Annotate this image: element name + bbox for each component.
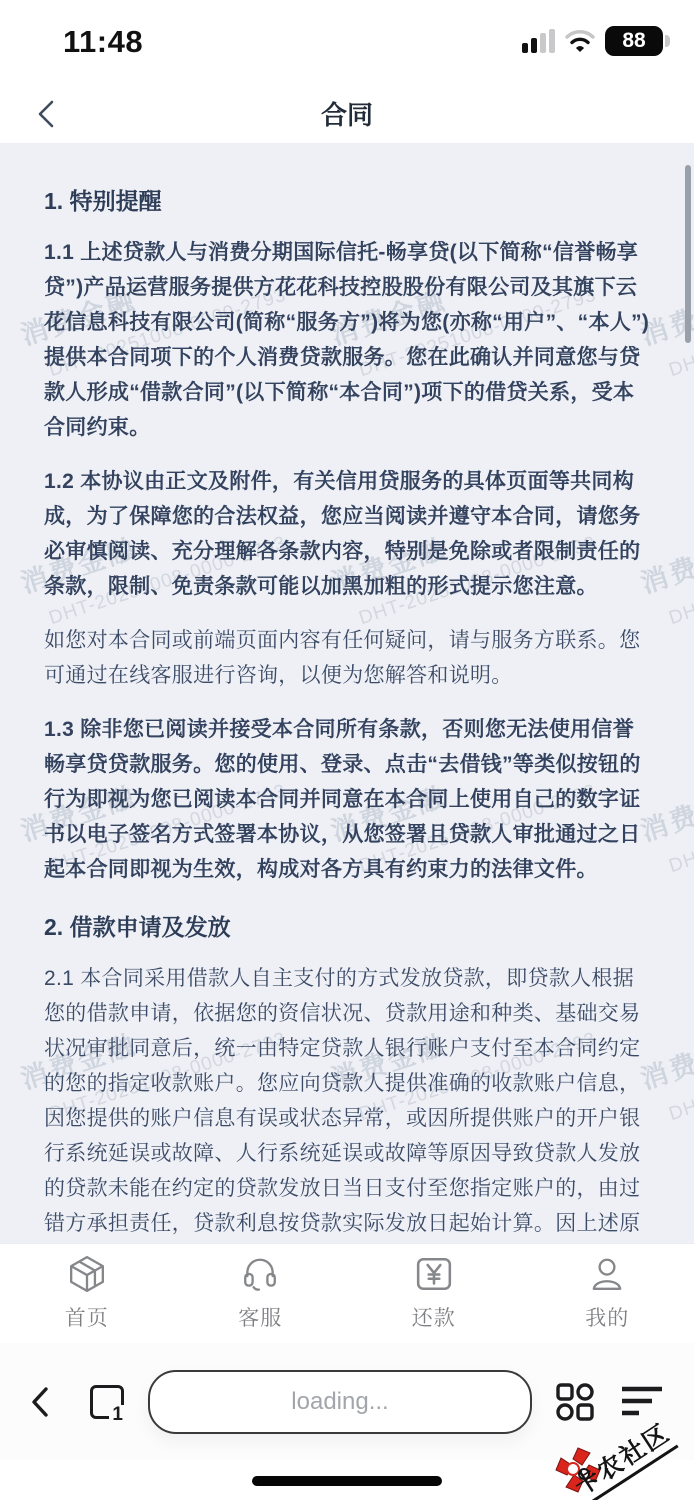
contract-paragraph: 1.2 本协议由正文及附件，有关信用贷服务的具体页面等共同构成，为了保障您的合法…: [44, 464, 650, 604]
battery-icon: 88: [605, 26, 670, 56]
contract-paragraph: 如您对本合同或前端页面内容有任何疑问，请与服务方联系。您可通过在线客服进行咨询，…: [44, 623, 650, 693]
user-icon: [588, 1255, 626, 1293]
tab-customer-service[interactable]: 客服: [174, 1244, 348, 1343]
tab-repayment[interactable]: 还款: [347, 1244, 521, 1343]
tab-profile[interactable]: 我的: [521, 1244, 694, 1343]
tab-label: 客服: [238, 1302, 282, 1332]
headset-icon: [241, 1255, 279, 1293]
section-heading: 2. 借款申请及发放: [44, 909, 650, 942]
address-bar[interactable]: loading...: [148, 1370, 532, 1434]
menu-lines-icon[interactable]: [622, 1385, 662, 1419]
status-bar: 11:48 88: [0, 0, 694, 85]
contract-scroll-area[interactable]: 消费金融DHT-20251008-0000-2793消费金融DHT-202510…: [0, 143, 694, 1243]
home-indicator[interactable]: [252, 1476, 442, 1486]
tab-count: 1: [109, 1405, 126, 1424]
wifi-icon: [565, 29, 595, 53]
nav-header: 合同: [0, 85, 694, 143]
status-icons: 88: [522, 26, 670, 56]
tab-label: 还款: [412, 1302, 456, 1332]
tab-bar: 首页 客服 还款 我的: [0, 1243, 694, 1343]
contract-paragraph: 2.1 本合同采用借款人自主支付的方式发放贷款，即贷款人根据您的借款申请，依据您…: [44, 961, 650, 1243]
apps-grid-icon[interactable]: [556, 1383, 594, 1421]
tab-home[interactable]: 首页: [0, 1244, 174, 1343]
contract-document: 1. 特别提醒 1.1 上述贷款人与消费分期国际信托-畅享贷(以下简称“信誉畅享…: [0, 143, 694, 1243]
browser-back-icon[interactable]: [30, 1386, 50, 1418]
repay-yuan-icon: [415, 1255, 453, 1293]
browser-toolbar: 1 loading...: [0, 1343, 694, 1460]
cellular-signal-icon: [522, 29, 555, 53]
phone-screen: 11:48 88 合同 消费金融DHT-20251008-0000-2793消费…: [0, 0, 694, 1500]
contract-paragraph: 1.3 除非您已阅读并接受本合同所有条款，否则您无法使用信誉畅享贷贷款服务。您的…: [44, 712, 650, 887]
battery-percent: 88: [622, 29, 645, 53]
contract-paragraph: 1.1 上述贷款人与消费分期国际信托-畅享贷(以下简称“信誉畅享贷”)产品运营服…: [44, 235, 650, 445]
tab-count-button[interactable]: 1: [90, 1385, 124, 1419]
page-title: 合同: [0, 95, 694, 132]
tab-label: 首页: [65, 1302, 109, 1332]
status-time: 11:48: [63, 24, 143, 60]
tab-label: 我的: [585, 1302, 629, 1332]
home-logo-icon: [68, 1255, 106, 1293]
scrollbar-thumb[interactable]: [685, 165, 691, 343]
address-placeholder: loading...: [291, 1388, 388, 1416]
section-heading: 1. 特别提醒: [44, 183, 650, 216]
